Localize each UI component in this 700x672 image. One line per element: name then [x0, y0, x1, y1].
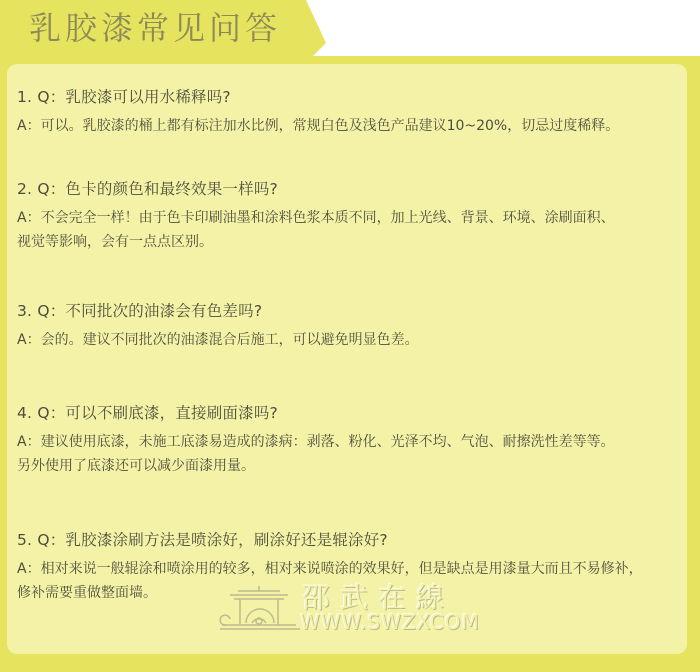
faq-answer: A：不会完全一样！由于色卡印刷油墨和涂料色浆本质不同，加上光线、背景、环境、涂刷… — [17, 206, 677, 254]
faq-question: 1. Q：乳胶漆可以用水稀释吗? — [17, 86, 677, 108]
faq-panel: 1. Q：乳胶漆可以用水稀释吗? A：可以。乳胶漆的桶上都有标注加水比例，常规白… — [7, 64, 687, 654]
faq-answer-line: A：相对来说一般辊涂和喷涂用的较多，相对来说喷涂的效果好，但是缺点是用漆量大而且… — [17, 557, 677, 581]
faq-question: 5. Q：乳胶漆涂刷方法是喷涂好，刷涂好还是辊涂好? — [17, 529, 677, 551]
faq-question: 4. Q：可以不刷底漆，直接刷面漆吗? — [17, 402, 677, 424]
page-title: 乳胶漆常见问答 — [29, 8, 281, 48]
watermark: 邵武在線 WWW.SWZXCOM — [216, 583, 466, 633]
faq-item-3: 3. Q：不同批次的油漆会有色差吗? A：会的。建议不同批次的油漆混合后施工，可… — [17, 300, 677, 352]
faq-answer-line: A：可以。乳胶漆的桶上都有标注加水比例，常规白色及浅色产品建议10~20%，切忌… — [17, 114, 677, 138]
watermark-url: WWW.SWZXCOM — [300, 611, 480, 633]
faq-answer-line: A：建议使用底漆，未施工底漆易造成的漆病：剥落、粉化、光泽不均、气泡、耐擦洗性差… — [17, 430, 677, 454]
faq-question: 2. Q：色卡的颜色和最终效果一样吗? — [17, 178, 677, 200]
faq-question: 3. Q：不同批次的油漆会有色差吗? — [17, 300, 677, 322]
faq-item-4: 4. Q：可以不刷底漆，直接刷面漆吗? A：建议使用底漆，未施工底漆易造成的漆病… — [17, 402, 677, 478]
faq-item-2: 2. Q：色卡的颜色和最终效果一样吗? A：不会完全一样！由于色卡印刷油墨和涂料… — [17, 178, 677, 254]
faq-answer: A：会的。建议不同批次的油漆混合后施工，可以避免明显色差。 — [17, 328, 677, 352]
faq-answer: A：可以。乳胶漆的桶上都有标注加水比例，常规白色及浅色产品建议10~20%，切忌… — [17, 114, 677, 138]
faq-answer-line: A：会的。建议不同批次的油漆混合后施工，可以避免明显色差。 — [17, 328, 677, 352]
faq-item-1: 1. Q：乳胶漆可以用水稀释吗? A：可以。乳胶漆的桶上都有标注加水比例，常规白… — [17, 86, 677, 138]
pavilion-logo-icon — [216, 585, 302, 631]
faq-answer-line: A：不会完全一样！由于色卡印刷油墨和涂料色浆本质不同，加上光线、背景、环境、涂刷… — [17, 206, 677, 230]
faq-answer-line: 视觉等影响，会有一点点区别。 — [17, 230, 677, 254]
faq-answer: A：建议使用底漆，未施工底漆易造成的漆病：剥落、粉化、光泽不均、气泡、耐擦洗性差… — [17, 430, 677, 478]
watermark-chinese: 邵武在線 — [302, 583, 454, 613]
faq-answer-line: 另外使用了底漆还可以减少面漆用量。 — [17, 454, 677, 478]
